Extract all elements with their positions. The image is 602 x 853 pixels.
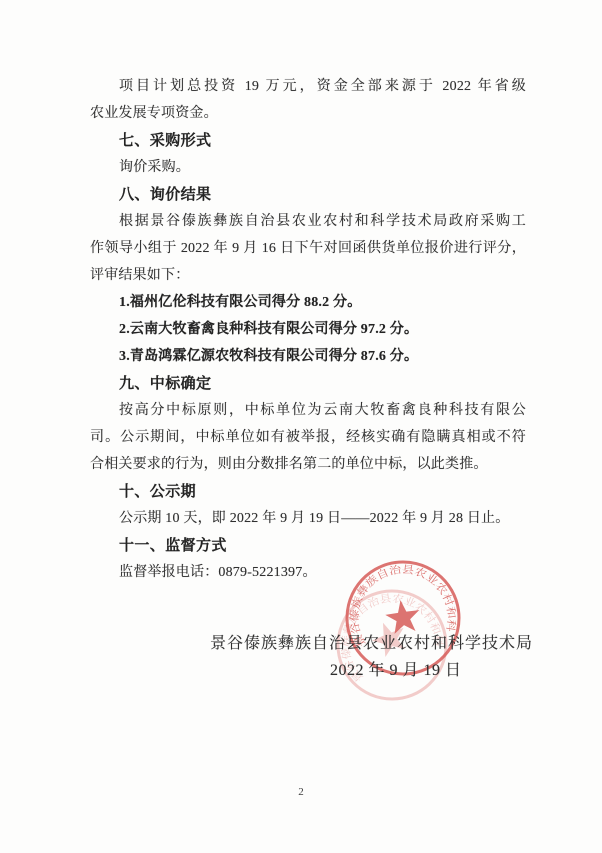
text-line: 评审结果如下： [90,262,526,289]
document-page: 项目计划总投资 19 万元，资金全部来源于 2022 年省级 农业发展专项资金。… [0,0,602,853]
section-heading: 九、中标确定 [90,370,526,397]
signature-date: 2022 年 9 月 19 日 [330,660,462,682]
text-line: 作领导小组于 2022 年 9 月 16 日下午对回函供货单位报价进行评分， [90,235,526,262]
document-content: 项目计划总投资 19 万元，资金全部来源于 2022 年省级 农业发展专项资金。… [90,73,526,586]
text-line: 司。公示期间，中标单位如有被举报，经核实确有隐瞒真相或不符 [90,424,526,451]
text-line: 项目计划总投资 19 万元，资金全部来源于 2022 年省级 [90,73,526,100]
text-line: 按高分中标原则，中标单位为云南大牧畜禽良种科技有限公 [90,397,526,424]
text-line: 农业发展专项资金。 [90,100,526,127]
section-heading: 十、公示期 [90,478,526,505]
text-line: 公示期 10 天，即 2022 年 9 月 19 日——2022 年 9 月 2… [90,505,526,532]
section-heading: 八、询价结果 [90,181,526,208]
score-line: 2.云南大牧畜禽良种科技有限公司得分 97.2 分。 [90,316,526,343]
text-line: 合相关要求的行为，则由分数排名第二的单位中标，以此类推。 [90,451,526,478]
seal-star-icon [384,598,422,635]
issuer-signature: 景谷傣族彝族自治县农业农村和科学技术局 [210,633,533,655]
score-line: 1.福州亿伦科技有限公司得分 88.2 分。 [90,289,526,316]
section-heading: 七、采购形式 [90,127,526,154]
text-line: 监督举报电话：0879-5221397。 [90,559,526,586]
section-heading: 十一、监督方式 [90,532,526,559]
text-line: 根据景谷傣族彝族自治县农业农村和科学技术局政府采购工 [90,208,526,235]
page-number: 2 [0,786,602,798]
score-line: 3.青岛鸿霖亿源农牧科技有限公司得分 87.6 分。 [90,343,526,370]
text-line: 询价采购。 [90,154,526,181]
